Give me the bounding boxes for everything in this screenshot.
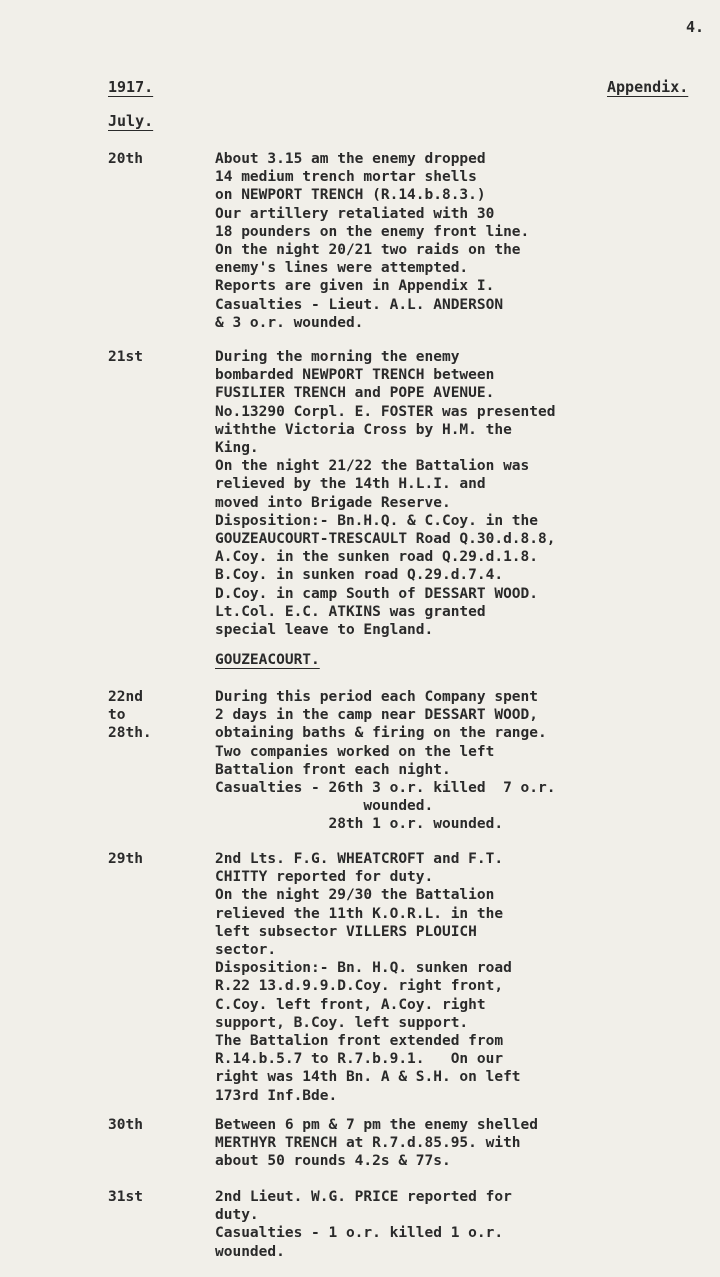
entry-line: wounded. [215,797,695,815]
entry-date: 20th [108,150,208,168]
entry-date: 21st [108,348,208,366]
entry-line: Between 6 pm & 7 pm the enemy shelled [215,1116,695,1134]
entry-line: During this period each Company spent [215,688,695,706]
entry-body: 2nd Lieut. W.G. PRICE reported for duty.… [215,1188,695,1261]
entry-line: King. [215,439,695,457]
entry-body: Between 6 pm & 7 pm the enemy shelled ME… [215,1116,695,1171]
entry-line: C.Coy. left front, A.Coy. right [215,996,695,1014]
entry-line: sector. [215,941,695,959]
year-heading: 1917. [108,78,153,96]
entry-line: relieved by the 14th H.L.I. and [215,475,695,493]
entry-line: duty. [215,1206,695,1224]
entry-line: A.Coy. in the sunken road Q.29.d.1.8. [215,548,695,566]
entry-line: CHITTY reported for duty. [215,868,695,886]
entry-line: About 3.15 am the enemy dropped [215,150,695,168]
entry-line: R.22 13.d.9.9.D.Coy. right front, [215,977,695,995]
entry-line: Two companies worked on the left [215,743,695,761]
entry-line: Casualties - 1 o.r. killed 1 o.r. [215,1224,695,1242]
entry-line: enemy's lines were attempted. [215,259,695,277]
appendix-heading: Appendix. [607,78,688,96]
entry-body: About 3.15 am the enemy dropped 14 mediu… [215,150,695,332]
month-heading: July. [108,112,153,130]
entry-line: Lt.Col. E.C. ATKINS was granted [215,603,695,621]
entry-date: 29th [108,850,208,868]
entry-line: moved into Brigade Reserve. [215,494,695,512]
entry-date: 31st [108,1188,208,1206]
entry-body: 2nd Lts. F.G. WHEATCROFT and F.T. CHITTY… [215,850,695,1105]
diary-page: 4. 1917. Appendix. July. 20th About 3.15… [0,0,720,1277]
entry-line: On the night 20/21 two raids on the [215,241,695,259]
entry-line: relieved the 11th K.O.R.L. in the [215,905,695,923]
entry-line: 14 medium trench mortar shells [215,168,695,186]
entry-body: During this period each Company spent 2 … [215,688,695,834]
place-heading: GOUZEACOURT. [215,652,320,668]
entry-line: Disposition:- Bn. H.Q. sunken road [215,959,695,977]
entry-line: special leave to England. [215,621,695,639]
entry-line: support, B.Coy. left support. [215,1014,695,1032]
entry-body: During the morning the enemy bombarded N… [215,348,695,639]
entry-line: Our artillery retaliated with 30 [215,205,695,223]
entry-date: 30th [108,1116,208,1134]
entry-line: Disposition:- Bn.H.Q. & C.Coy. in the [215,512,695,530]
entry-line: 2nd Lts. F.G. WHEATCROFT and F.T. [215,850,695,868]
entry-line: on NEWPORT TRENCH (R.14.b.8.3.) [215,186,695,204]
entry-line: & 3 o.r. wounded. [215,314,695,332]
entry-line: 28th 1 o.r. wounded. [215,815,695,833]
entry-line: withthe Victoria Cross by H.M. the [215,421,695,439]
entry-line: Reports are given in Appendix I. [215,277,695,295]
entry-line: On the night 29/30 the Battalion [215,886,695,904]
entry-line: 2nd Lieut. W.G. PRICE reported for [215,1188,695,1206]
entry-line: D.Coy. in camp South of DESSART WOOD. [215,585,695,603]
entry-line: wounded. [215,1243,695,1261]
entry-line: MERTHYR TRENCH at R.7.d.85.95. with [215,1134,695,1152]
entry-line: On the night 21/22 the Battalion was [215,457,695,475]
entry-line: R.14.b.5.7 to R.7.b.9.1. On our [215,1050,695,1068]
entry-line: No.13290 Corpl. E. FOSTER was presented [215,403,695,421]
page-number: 4. [686,18,704,36]
entry-line: Battalion front each night. [215,761,695,779]
entry-date: 22nd to 28th. [108,688,208,743]
entry-line: about 50 rounds 4.2s & 77s. [215,1152,695,1170]
entry-line: bombarded NEWPORT TRENCH between [215,366,695,384]
entry-line: During the morning the enemy [215,348,695,366]
entry-line: The Battalion front extended from [215,1032,695,1050]
entry-line: 173rd Inf.Bde. [215,1087,695,1105]
entry-line: Casualties - Lieut. A.L. ANDERSON [215,296,695,314]
entry-line: right was 14th Bn. A & S.H. on left [215,1068,695,1086]
entry-line: 18 pounders on the enemy front line. [215,223,695,241]
entry-line: Casualties - 26th 3 o.r. killed 7 o.r. [215,779,695,797]
entry-line: obtaining baths & firing on the range. [215,724,695,742]
entry-line: FUSILIER TRENCH and POPE AVENUE. [215,384,695,402]
entry-line: 2 days in the camp near DESSART WOOD, [215,706,695,724]
entry-line: B.Coy. in sunken road Q.29.d.7.4. [215,566,695,584]
entry-line: left subsector VILLERS PLOUICH [215,923,695,941]
entry-line: GOUZEAUCOURT-TRESCAULT Road Q.30.d.8.8, [215,530,695,548]
